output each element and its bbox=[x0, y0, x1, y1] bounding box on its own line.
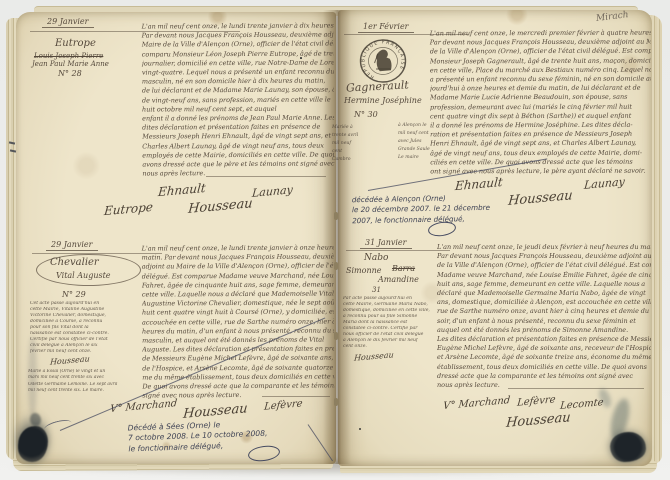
handwriting-line: de Messieurs Eugène Michel Lefèvre, âgé … bbox=[142, 354, 334, 364]
ink-blot-small bbox=[30, 413, 41, 426]
handwriting-line: mil neuf bbox=[332, 140, 368, 148]
handwriting-line: trente avril bbox=[332, 132, 368, 140]
act29-death-note: Décédé à Sées (Orne) le7 octobre 2008. L… bbox=[128, 419, 268, 455]
handwriting-line: Eugène Michel Lefèvre, âgé de soixante a… bbox=[437, 344, 651, 353]
handwriting-line: avons dressé acte que le père et les tém… bbox=[142, 160, 334, 170]
handwriting-line: profession, demeurant avec lui (mariés l… bbox=[430, 102, 651, 112]
handwriting-line: Madame veuve Marchand, née Louise Émilie… bbox=[437, 271, 651, 280]
handwriting-line: de lui déclarant et de Madame Marie Laun… bbox=[142, 86, 334, 96]
gray-smudge bbox=[28, 336, 37, 418]
handwriting-line: déclaré que Mademoiselle Germaine Maria … bbox=[437, 289, 651, 298]
handwriting-line: Maire de la Ville d'Alençon (Orne), offi… bbox=[142, 40, 334, 50]
scanned-civil-register-photo: 29 Janvier Eutrope Louis Joseph Pierre J… bbox=[0, 0, 670, 480]
handwriting-line: mil neuf cent trente six. Le maire. bbox=[28, 388, 138, 394]
act28-family-name: Eutrope bbox=[55, 38, 96, 49]
handwriting-line: Par devant nous Jacques François Houssea… bbox=[437, 252, 651, 261]
ink-speck bbox=[300, 57, 302, 59]
binding-stitch bbox=[334, 262, 338, 270]
handwriting-line: soir, d'un enfant à nous présenté, recon… bbox=[437, 317, 651, 326]
handwriting-line: de la Ville d'Alençon (Orne), officier d… bbox=[430, 47, 651, 57]
act30-body-text: L'an mil neuf cent onze, le mercredi pre… bbox=[430, 29, 652, 177]
act31-given-name-1: Simonne bbox=[346, 266, 381, 275]
act30-margin-date: 1er Février bbox=[358, 22, 414, 33]
handwriting-line: cent onze. bbox=[343, 344, 440, 350]
act30-marriage-note-left: Mariée àtrente avrilmil neufcentCambro bbox=[332, 124, 368, 164]
handwriting-line: cent bbox=[332, 148, 368, 156]
act31-end-rule bbox=[508, 388, 644, 389]
handwriting-line: adjoint au Maire de la Ville d'Alençon (… bbox=[142, 262, 334, 272]
act31-margin-date: 31 Janvier bbox=[360, 238, 412, 249]
binding-stitch bbox=[334, 332, 338, 340]
act31-body-text: L'an mil neuf cent onze, le jeudi deux f… bbox=[437, 243, 651, 390]
act31-number: 31 bbox=[372, 286, 381, 294]
marianne-figure-icon bbox=[375, 50, 392, 72]
handwriting-line: de la Ville d'Alençon (Orne), officier d… bbox=[437, 261, 651, 270]
handwriting-line: établissement, tous deux domiciliés en c… bbox=[437, 363, 651, 372]
act28-number: N° 28 bbox=[58, 69, 82, 78]
act31-struck-name: Barra bbox=[392, 264, 415, 273]
act29-body-text: L'an mil neuf cent onze, le lundi trente… bbox=[142, 243, 335, 400]
handwriting-line: rue de Sarthe numéro onze, avant hier à … bbox=[437, 307, 651, 316]
handwriting-line: huit ans, sage femme, demeurant en cette… bbox=[437, 280, 651, 289]
act29-number: N° 29 bbox=[62, 290, 86, 299]
act28-struck-names: Louis Joseph Pierre bbox=[34, 52, 103, 60]
act29-family-name: Chevalier bbox=[50, 257, 99, 268]
official-seal-icon: RÉPUBLIQUE FRANÇAISE bbox=[358, 38, 408, 84]
act29-marriage-note: Marié à Essai (Orne) le vingt et unmars … bbox=[28, 369, 138, 395]
handwriting-line: nous après lecture. bbox=[142, 169, 334, 179]
handwriting-line: Henri Ehnault, âgé de vingt sept ans, et… bbox=[430, 139, 651, 149]
binding-stitch bbox=[334, 398, 338, 406]
act31-family-name: Nabo bbox=[364, 253, 388, 263]
handwriting-line: dressé acte que la comparante et les tém… bbox=[437, 372, 651, 381]
handwriting-line: Messieurs Joseph Henri Ehnault, âgé de v… bbox=[142, 132, 334, 142]
handwriting-line: et Arsène Lecomte, âgé de soixante treiz… bbox=[437, 353, 651, 362]
handwriting-line: Madame Marie Lucie Adrienne Beaudouin, s… bbox=[430, 93, 651, 103]
handwriting-line: huit cent quatre vingt huit à Coursé (Or… bbox=[142, 308, 334, 318]
handwriting-line: auquel ont été donnés les prénoms de Sim… bbox=[437, 326, 651, 335]
handwriting-line: Les dites déclaration et présentation fa… bbox=[437, 335, 651, 344]
handwriting-line: L'an mil neuf cent onze, le jeudi deux f… bbox=[437, 243, 651, 252]
act31-date-rule bbox=[346, 250, 450, 251]
act29-given-names: Vital Auguste bbox=[56, 271, 111, 280]
act28-end-rule bbox=[206, 176, 326, 177]
act31-recognition-note: Par acte passé aujourd'hui encette Mairi… bbox=[343, 296, 440, 350]
handwriting-line: ans, domestique, domiciliée à Alençon, e… bbox=[437, 298, 651, 307]
handwriting-line: de vingt-neuf ans, sans profession, mari… bbox=[142, 95, 334, 105]
binding-stitch bbox=[334, 212, 338, 220]
handwriting-line: Monsieur Joseph Gagnerault, âgé de trent… bbox=[430, 56, 651, 66]
act29-recognition-note: Cet acte passé aujourd'hui encette Mairi… bbox=[30, 301, 138, 355]
ink-speck bbox=[359, 428, 361, 430]
handwriting-line: Mariée à bbox=[332, 124, 368, 132]
act30-death-note: décédée à Alençon (Orne)le 20 décembre 2… bbox=[352, 193, 491, 226]
act28-body-text: L'an mil neuf cent onze, le lundi trente… bbox=[142, 21, 335, 178]
act28-given-names: Jean Paul Marie Anne bbox=[32, 60, 109, 68]
handwriting-line: Cambro bbox=[332, 156, 368, 164]
act30-given-names: Hermine Joséphine bbox=[344, 96, 422, 105]
ink-blot-bottom-right bbox=[610, 432, 646, 462]
act28-margin-date: 29 Janvier bbox=[42, 17, 94, 28]
act29-margin-date: 29 Janvier bbox=[46, 240, 98, 251]
act31-given-name-2: Amandine bbox=[378, 275, 419, 284]
act30-number: N° 30 bbox=[354, 110, 378, 119]
act29-end-rule bbox=[262, 396, 330, 397]
